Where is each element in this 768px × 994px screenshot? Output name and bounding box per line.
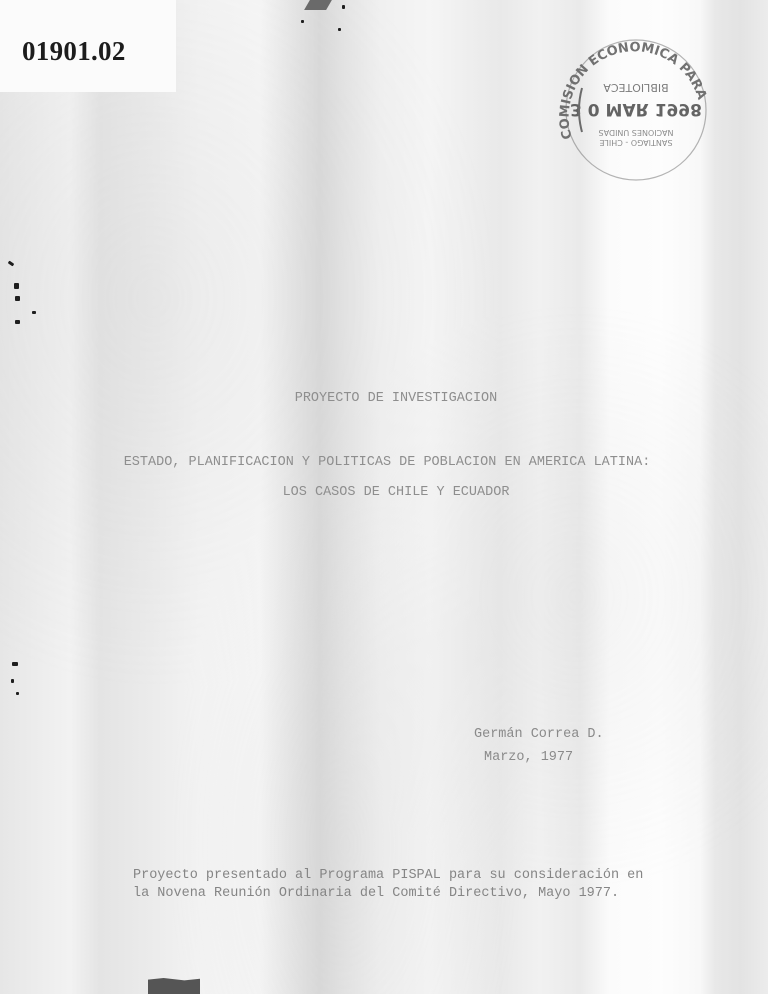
document-id: 01901.02	[22, 36, 126, 67]
stamp-city: SANTIAGO - CHILE	[599, 138, 672, 147]
footer-line-2: la Novena Reunión Ordinaria del Comité D…	[133, 886, 619, 901]
speck	[342, 5, 345, 9]
speck	[301, 20, 304, 23]
stamp-bottom: BIBLIOTECA	[603, 81, 669, 94]
margin-mark	[15, 320, 20, 324]
author-name: Germán Correa D.	[474, 727, 604, 742]
margin-mark	[14, 283, 19, 289]
margin-mark	[15, 296, 20, 301]
catalog-label: 01901.02	[0, 0, 176, 92]
project-heading: PROYECTO DE INVESTIGACION	[12, 391, 768, 406]
library-stamp: COMISION ECONOMICA PARA AMERICA LATINA Y…	[552, 28, 716, 184]
document-date: Marzo, 1977	[484, 750, 573, 765]
margin-mark	[11, 679, 14, 683]
stamp-inner-top: NACIONES UNIDAS	[599, 128, 674, 137]
title-line-2: LOS CASOS DE CHILE Y ECUADOR	[12, 485, 768, 500]
stamp-date: 3 0 MAR 1998	[570, 99, 702, 119]
speck	[338, 28, 341, 31]
margin-mark	[12, 662, 18, 666]
margin-mark	[16, 692, 19, 695]
margin-mark	[32, 311, 36, 314]
bottom-corner-mark	[148, 978, 200, 994]
footer-line-1: Proyecto presentado al Programa PISPAL p…	[133, 868, 643, 883]
title-line-1: ESTADO, PLANIFICACION Y POLITICAS DE POB…	[3, 455, 768, 470]
